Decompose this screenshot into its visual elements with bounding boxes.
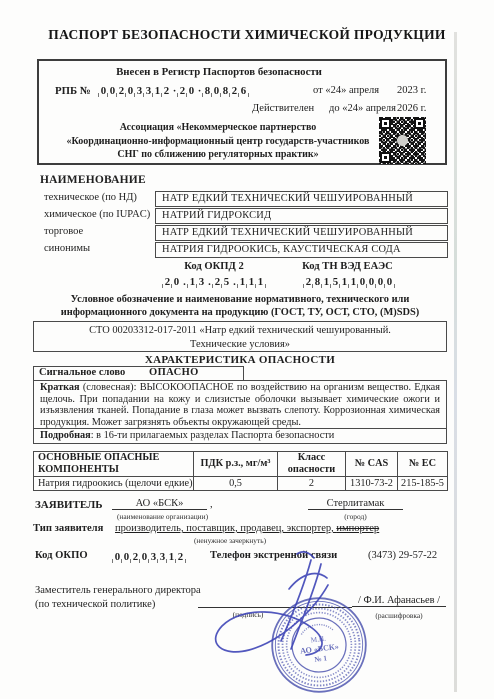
- hazard-brief-sublabel: (словесная):: [80, 382, 140, 393]
- hazard-components-table: ОСНОВНЫЕ ОПАСНЫЕ КОМПОНЕНТЫ ПДК р.з., мг…: [33, 451, 448, 491]
- naming-row-value: НАТРИЙ ГИДРОКСИД: [155, 208, 448, 224]
- col-header-cas: № CAS: [346, 452, 398, 477]
- naming-row-value: НАТРИЯ ГИДРООКИСЬ, КАУСТИЧЕСКАЯ СОДА: [155, 242, 448, 258]
- signal-word-box: Сигнальное слово ОПАСНО: [33, 366, 244, 381]
- page-title: ПАСПОРТ БЕЗОПАСНОСТИ ХИМИЧЕСКОЙ ПРОДУКЦИ…: [0, 27, 494, 43]
- scan-edge-artifact: [454, 32, 457, 692]
- rpb-number-value: 00203312·20·80826: [99, 85, 248, 97]
- okpd-code-value: 20.13.25.111: [150, 276, 278, 288]
- col-header-pdk: ПДК р.з., мг/м³: [194, 452, 278, 477]
- hazard-brief-label: Краткая: [40, 382, 80, 393]
- tnved-code-value: 2815110000: [293, 276, 405, 288]
- applicant-comma: ,: [210, 499, 213, 510]
- hazard-detail-box: Подробная: в 16-ти прилагаемых разделах …: [33, 428, 447, 444]
- issue-year: 2023 г.: [397, 85, 426, 96]
- naming-section-heading: НАИМЕНОВАНИЕ: [40, 174, 146, 186]
- okpo-code-label: Код ОКПО: [35, 550, 88, 561]
- issue-date: от «24» апреля: [313, 85, 379, 96]
- handwritten-signature-icon: [193, 548, 368, 666]
- hazard-detail-text: : в 16-ти прилагаемых разделах Паспорта …: [91, 430, 335, 441]
- col-header-hazard-class: Класс опасности: [278, 452, 346, 477]
- applicant-type-struck: импортер: [336, 523, 379, 534]
- valid-until-year: 2026 г.: [397, 103, 426, 114]
- normative-doc-heading: Условное обозначение и наименование норм…: [33, 293, 447, 319]
- hazard-detail-label: Подробная: [40, 430, 91, 441]
- signer-position-line: Заместитель генерального директора: [35, 585, 201, 596]
- cell-hazard-class: 2: [278, 477, 346, 491]
- applicant-label: ЗАЯВИТЕЛЬ: [35, 499, 103, 511]
- normative-doc-heading-line: Условное обозначение и наименование норм…: [33, 293, 447, 306]
- naming-row-value: НАТР ЕДКИЙ ТЕХНИЧЕСКИЙ ЧЕШУИРОВАННЫЙ: [155, 225, 448, 241]
- hazard-section-heading: ХАРАКТЕРИСТИКА ОПАСНОСТИ: [33, 354, 447, 366]
- normative-doc-value-line: Технические условия»: [34, 338, 446, 352]
- cell-ec: 215-185-5: [398, 477, 448, 491]
- qr-finder-icon: [380, 118, 391, 129]
- applicant-type-values: производитель, поставщик, продавец, эксп…: [115, 523, 379, 534]
- qr-finder-icon: [414, 118, 425, 129]
- applicant-name: АО «БСК»: [112, 498, 207, 510]
- qr-finder-icon: [380, 152, 391, 163]
- normative-doc-value-line: СТО 00203312-017-2011 «Натр едкий технич…: [34, 324, 446, 338]
- signal-word-value: ОПАСНО: [149, 367, 199, 378]
- table-header-row: ОСНОВНЫЕ ОПАСНЫЕ КОМПОНЕНТЫ ПДК р.з., мг…: [34, 452, 448, 477]
- applicant-type-label: Тип заявителя: [33, 523, 103, 534]
- association-line: «Координационно-информационный центр гос…: [49, 135, 387, 149]
- safety-passport-document: ПАСПОРТ БЕЗОПАСНОСТИ ХИМИЧЕСКОЙ ПРОДУКЦИ…: [0, 0, 494, 699]
- applicant-type-caption: (ненужное зачеркнуть): [150, 536, 310, 545]
- naming-row-label: торговое: [44, 226, 83, 237]
- valid-label: Действителен: [252, 103, 314, 114]
- naming-row-label: техническое (по НД): [44, 192, 137, 203]
- qr-code-icon: [379, 117, 426, 164]
- cell-pdk: 0,5: [194, 477, 278, 491]
- naming-row-label: химическое (по IUPAC): [44, 209, 150, 220]
- naming-row-label: синонимы: [44, 243, 90, 254]
- col-header-ec: № ЕС: [398, 452, 448, 477]
- applicant-type-active: производитель, поставщик, продавец, эксп…: [115, 523, 336, 534]
- normative-doc-value-box: СТО 00203312-017-2011 «Натр едкий технич…: [33, 321, 447, 352]
- registry-box: Внесен в Регистр Паспортов безопасности …: [37, 59, 447, 165]
- naming-row-value: НАТР ЕДКИЙ ТЕХНИЧЕСКИЙ ЧЕШУИРОВАННЫЙ: [155, 191, 448, 207]
- col-header-components: ОСНОВНЫЕ ОПАСНЫЕ КОМПОНЕНТЫ: [34, 452, 194, 477]
- hazard-brief-box: Краткая (словесная): ВЫСОКООПАСНОЕ по во…: [33, 380, 447, 429]
- rpb-number-label: РПБ №: [55, 85, 91, 97]
- normative-doc-heading-line: информационного документа на продукцию (…: [33, 306, 447, 319]
- qr-center-dot: [397, 135, 408, 146]
- okpo-code-value: 00203312: [113, 551, 185, 563]
- applicant-city: Стерлитамак: [308, 498, 403, 510]
- applicant-city-caption: (город): [308, 512, 403, 521]
- cell-cas: 1310-73-2: [346, 477, 398, 491]
- cell-component-name: Натрия гидроокись (щелочи едкие): [34, 477, 194, 491]
- emergency-phone-value: (3473) 29-57-22: [368, 550, 437, 561]
- association-name: Ассоциация «Некоммерческое партнерство «…: [49, 121, 387, 162]
- applicant-name-caption: (наименование организации): [105, 512, 220, 521]
- tnved-code-label: Код ТН ВЭД ЕАЭС: [290, 261, 405, 272]
- signer-position-line: (по технической политике): [35, 599, 155, 610]
- valid-until-date: до «24» апреля: [329, 103, 396, 114]
- association-line: Ассоциация «Некоммерческое партнерство: [49, 121, 387, 135]
- okpd-code-label: Код ОКПД 2: [150, 261, 278, 272]
- signal-word-label: Сигнальное слово: [39, 367, 125, 378]
- table-row: Натрия гидроокись (щелочи едкие) 0,5 2 1…: [34, 477, 448, 491]
- registry-heading: Внесен в Регистр Паспортов безопасности: [39, 66, 399, 78]
- association-line: СНГ по сближению регуляторных практик»: [49, 148, 387, 162]
